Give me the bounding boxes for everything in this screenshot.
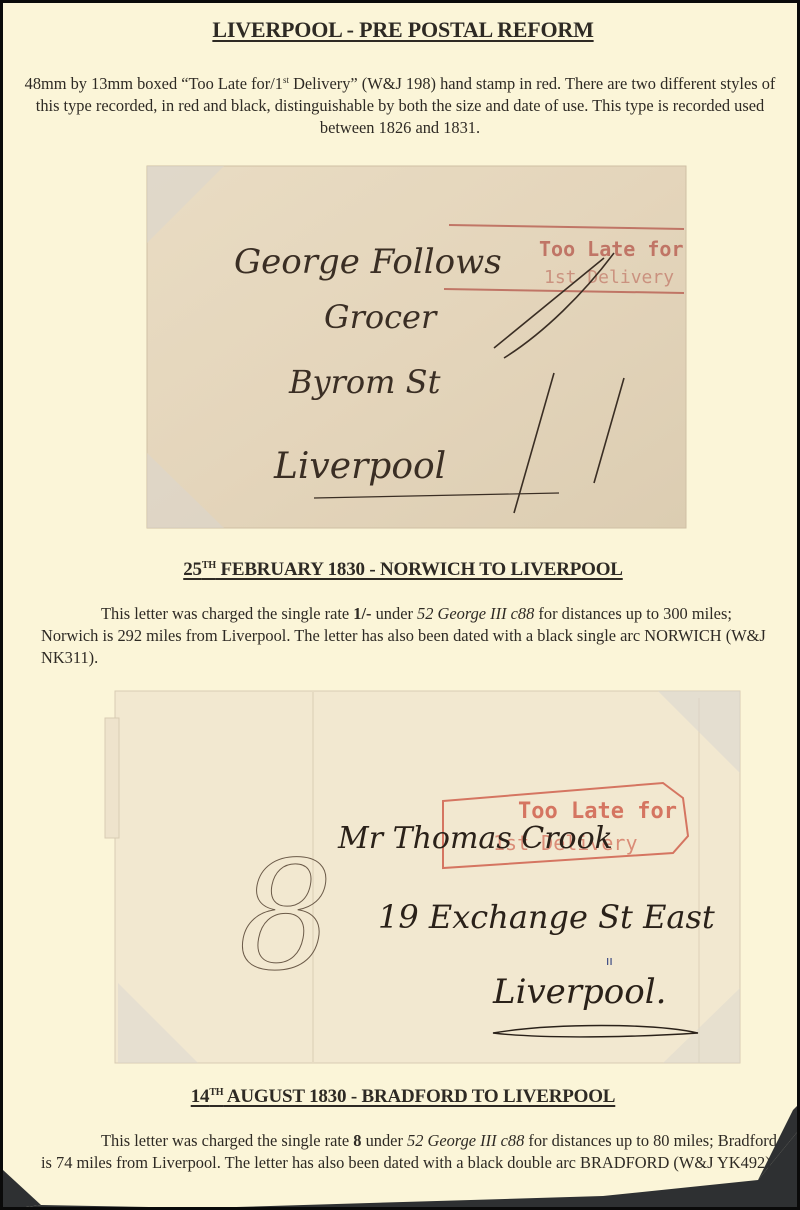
rate: 1/-	[353, 604, 371, 623]
intro-text-1: 48mm by 13mm boxed “Too Late for/1	[25, 74, 283, 93]
address-line: George Follows	[234, 242, 502, 282]
act: 52 George III c88	[417, 604, 534, 623]
act: 52 George III c88	[407, 1131, 524, 1150]
page-title: LIVERPOOL - PRE POSTAL REFORM	[3, 17, 797, 43]
letter-cover-bradford: Too Late for 1st Delivery 8 Mr Thomas Cr…	[103, 688, 743, 1068]
address-line: Liverpool	[273, 446, 446, 487]
address-line: Liverpool.	[492, 972, 666, 1012]
letter-2-description: This letter was charged the single rate …	[41, 1130, 781, 1174]
address-line: 19 Exchange St East	[378, 898, 715, 936]
address-line: Mr Thomas Crook	[337, 821, 613, 856]
address-line: Grocer	[324, 298, 438, 336]
intro-paragraph: 48mm by 13mm boxed “Too Late for/1st Del…	[23, 69, 777, 139]
charge-mark-8: 8	[238, 830, 333, 1004]
exhibit-page: LIVERPOOL - PRE POSTAL REFORM 48mm by 13…	[3, 3, 797, 1207]
letter-1-description: This letter was charged the single rate …	[41, 603, 781, 669]
rate: 8	[353, 1131, 361, 1150]
svg-text:ıı: ıı	[606, 954, 613, 968]
letter-cover-norwich: Too Late for 1st Delivery George Follows…	[144, 163, 689, 533]
letter-1-heading: 25TH FEBRUARY 1830 - NORWICH TO LIVERPOO…	[3, 559, 797, 581]
address-line: Byrom St	[288, 363, 441, 401]
svg-text:1st Delivery: 1st Delivery	[544, 267, 674, 288]
letter-2-heading: 14TH AUGUST 1830 - BRADFORD TO LIVERPOOL	[3, 1086, 797, 1108]
